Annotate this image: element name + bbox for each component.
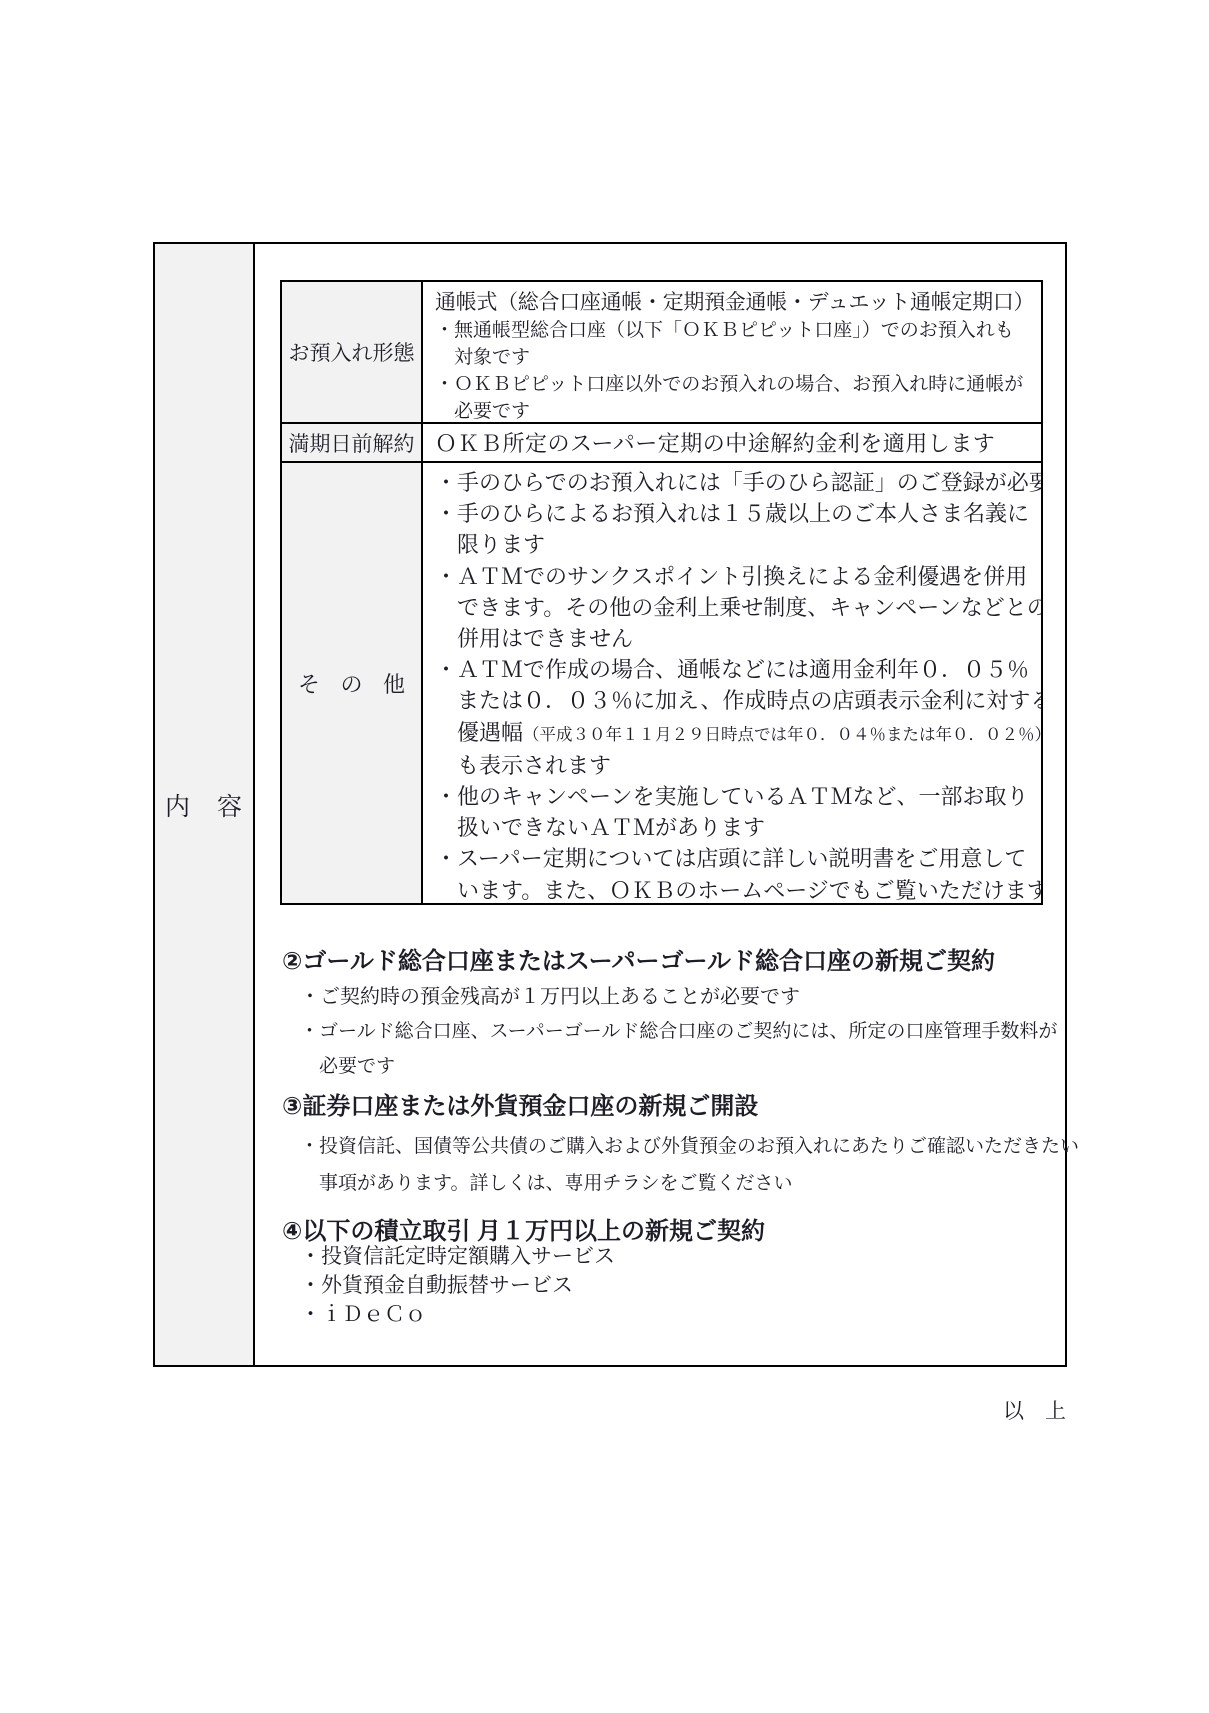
section4-bullet: ・ｉＤｅＣｏ [300,1300,615,1329]
section4-bullet: ・投資信託定時定額購入サービス [300,1242,615,1271]
section4-bullet: ・外貨預金自動振替サービス [300,1271,615,1300]
deposit-form-line: ・無通帳型総合口座（以下「ＯＫＢピピット口座」）でのお預入れも [435,317,1035,344]
section3-bullet-line: ・投資信託、国債等公共債のご購入および外貨預金のお預入れにあたりご確認いただきた… [300,1128,1079,1165]
table-row-early-cancel: 満期日前解約 ＯＫＢ所定のスーパー定期の中途解約金利を適用します [282,424,1041,463]
others-label-char: の [340,668,362,699]
others-rate-line: 優遇幅（平成３０年１１月２９日時点では年０．０４％または年０．０２％） [435,717,1035,750]
row-label-others: そ の 他 [282,463,423,903]
others-label-char: 他 [383,668,405,699]
section2-bullet: ・ご契約時の預金残高が１万円以上あることが必要です [300,982,800,1012]
closing-mark: 以 上 [1003,1395,1066,1425]
others-line: できます。その他の金利上乗せ制度、キャンペーンなどとの [435,592,1035,623]
others-line: 併用はできません [435,623,1035,654]
section2-bullet-line: ・ゴールド総合口座、スーパーゴールド総合口座のご契約には、所定の口座管理手数料が [300,1014,1057,1049]
section3-bullet-line: 事項があります。詳しくは、専用チラシをご覧ください [300,1165,1079,1202]
deposit-form-line: 必要です [435,398,1035,422]
rate-line-text: 優遇幅 [457,720,523,745]
section4-heading: ④以下の積立取引 月１万円以上の新規ご契約 [282,1211,765,1246]
document-page: 内 容 お預入れ形態 通帳式（総合口座通帳・定期預金通帳・デュエット通帳定期口）… [0,0,1209,1713]
others-label-char: そ [298,668,320,699]
row-label-deposit-form: お預入れ形態 [282,282,423,422]
content-header-label: 内 容 [165,787,243,823]
others-line: 扱いできないＡＴＭがあります [435,812,1035,843]
deposit-form-line: ・ＯＫＢピピット口座以外でのお預入れの場合、お預入れ時に通帳が [435,371,1035,398]
section2-bullet: ・ゴールド総合口座、スーパーゴールド総合口座のご契約には、所定の口座管理手数料が… [300,1014,1057,1084]
table-row-others: そ の 他 ・手のひらでのお預入れには「手のひら認証」のご登録が必要です ・手の… [282,463,1041,903]
others-line: ・スーパー定期については店頭に詳しい説明書をご用意して [435,843,1035,874]
content-header-cell: 内 容 [155,244,255,1365]
others-line: ・手のひらでのお預入れには「手のひら認証」のご登録が必要です [435,467,1035,498]
deposit-form-line: 通帳式（総合口座通帳・定期預金通帳・デュエット通帳定期口） [435,287,1035,317]
section3-heading: ③証券口座または外貨預金口座の新規ご開設 [282,1086,758,1121]
others-line: ・ＡＴＭで作成の場合、通帳などには適用金利年０．０５％ [435,654,1035,685]
row-label-early-cancel: 満期日前解約 [282,424,423,461]
others-line: も表示されます [435,750,1035,781]
table-row-deposit-form: お預入れ形態 通帳式（総合口座通帳・定期預金通帳・デュエット通帳定期口） ・無通… [282,282,1041,424]
rate-line-paren: （平成３０年１１月２９日時点では年０．０４％または年０．０２％） [523,725,1041,744]
others-line: 限ります [435,529,1035,560]
section4-bullets: ・投資信託定時定額購入サービス ・外貨預金自動振替サービス ・ｉＤｅＣｏ [300,1242,615,1329]
section3-bullet: ・投資信託、国債等公共債のご購入および外貨預金のお預入れにあたりご確認いただきた… [300,1128,1079,1202]
deposit-form-line: 対象です [435,344,1035,371]
others-line: ・他のキャンペーンを実施しているＡＴＭなど、一部お取り [435,781,1035,812]
others-line: または０．０３％に加え、作成時点の店頭表示金利に対する [435,685,1035,716]
others-line: ・ＡＴＭでのサンクスポイント引換えによる金利優遇を併用 [435,561,1035,592]
detail-table: お預入れ形態 通帳式（総合口座通帳・定期預金通帳・デュエット通帳定期口） ・無通… [280,280,1043,905]
section2-heading: ②ゴールド総合口座またはスーパーゴールド総合口座の新規ご契約 [282,941,995,976]
row-value-deposit-form: 通帳式（総合口座通帳・定期預金通帳・デュエット通帳定期口） ・無通帳型総合口座（… [423,282,1041,422]
others-line: ・手のひらによるお預入れは１５歳以上のご本人さま名義に [435,498,1035,529]
content-table: 内 容 お預入れ形態 通帳式（総合口座通帳・定期預金通帳・デュエット通帳定期口）… [153,242,1067,1367]
row-value-others: ・手のひらでのお預入れには「手のひら認証」のご登録が必要です ・手のひらによるお… [423,463,1041,903]
row-value-early-cancel: ＯＫＢ所定のスーパー定期の中途解約金利を適用します [423,424,1001,461]
others-label-chars: そ の 他 [282,463,421,903]
section2-bullet-line: 必要です [300,1049,1057,1084]
others-line: います。また、ＯＫＢのホームページでもご覧いただけます [435,875,1035,903]
